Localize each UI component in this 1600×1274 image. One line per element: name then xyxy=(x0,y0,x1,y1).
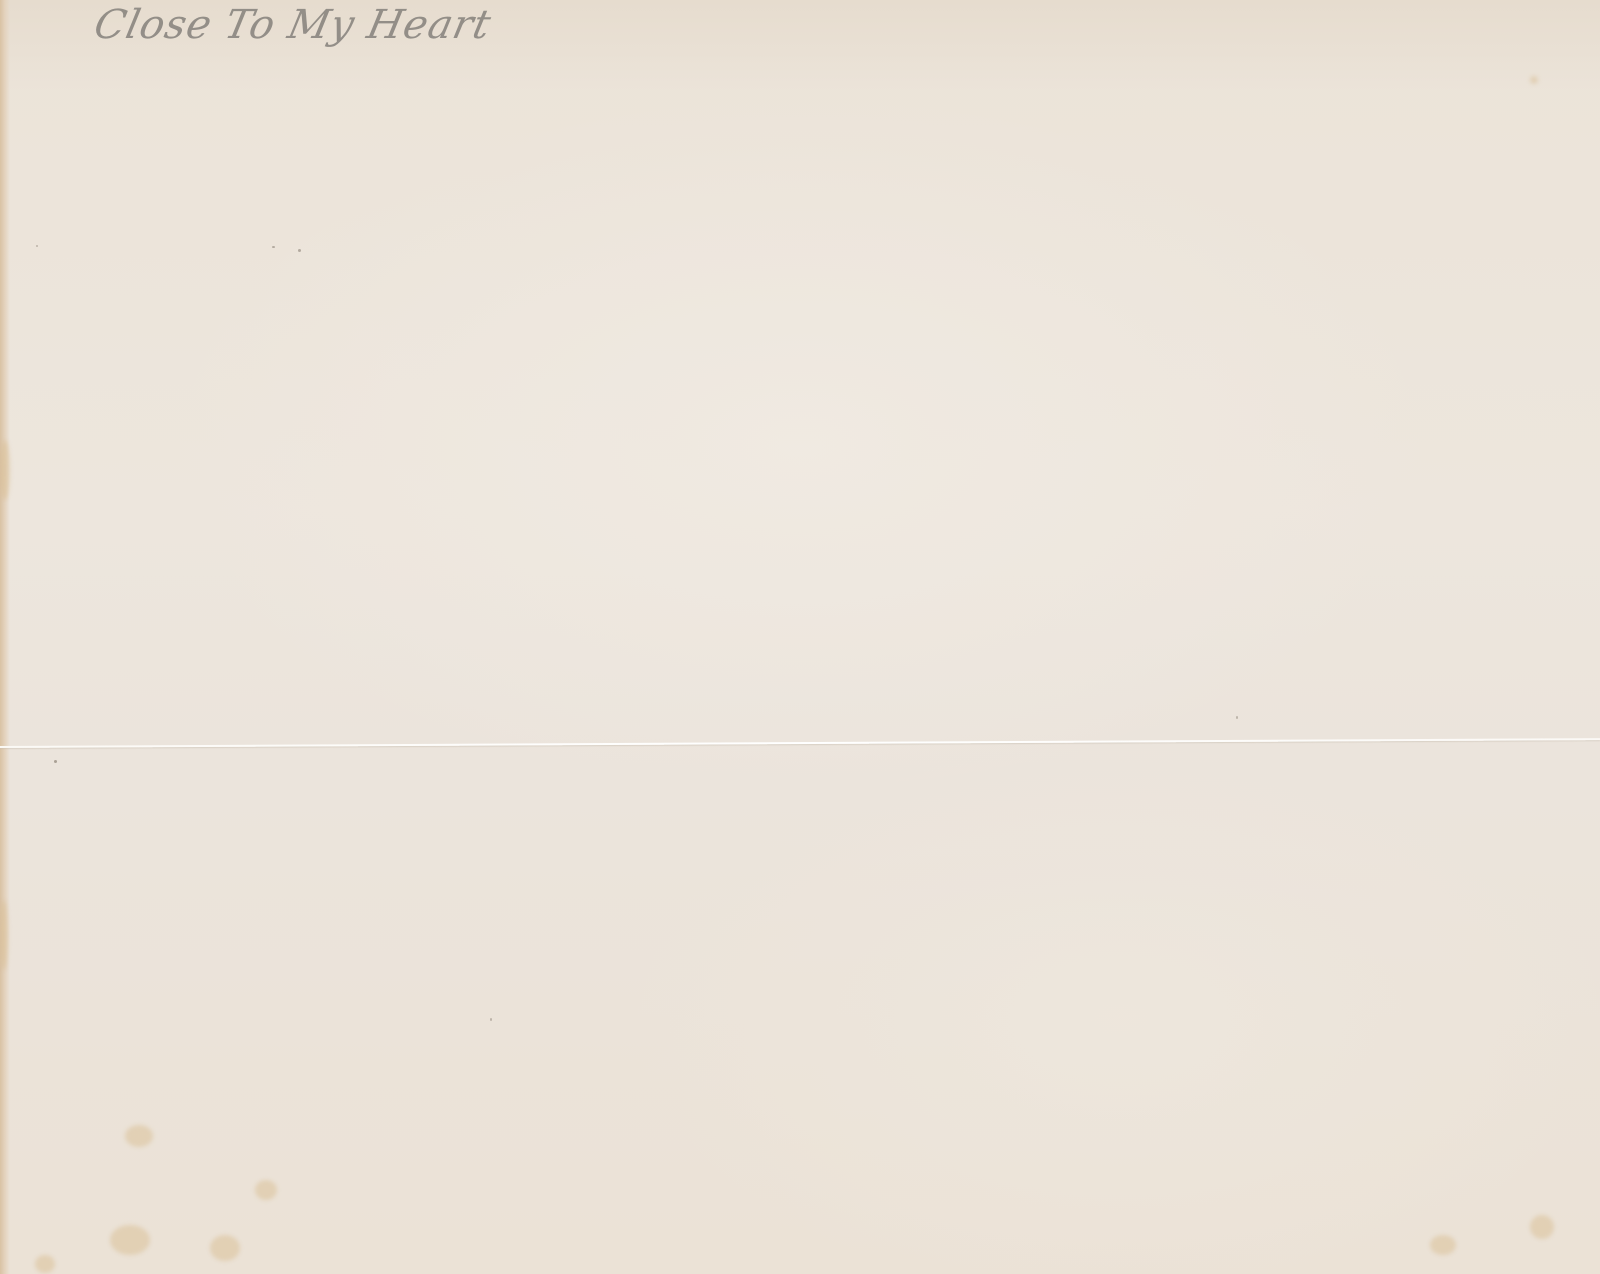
dust-speck xyxy=(36,245,38,247)
paper-sheet: Close To My Heart xyxy=(0,0,1600,1274)
foxing-spot xyxy=(110,1225,150,1255)
foxing-spot xyxy=(35,1255,55,1273)
foxing-spot xyxy=(0,440,10,500)
left-edge-discoloration xyxy=(0,0,10,1274)
dust-speck xyxy=(54,760,57,763)
foxing-spot xyxy=(1430,1235,1456,1255)
dust-speck xyxy=(298,249,301,252)
handwritten-note: Close To My Heart xyxy=(90,2,495,48)
fold-crease xyxy=(0,738,1600,748)
foxing-spot xyxy=(1530,76,1538,84)
dust-speck xyxy=(1236,716,1238,719)
foxing-spot xyxy=(255,1180,277,1200)
foxing-spot xyxy=(0,900,8,970)
foxing-spot xyxy=(1530,1215,1554,1239)
dust-speck xyxy=(490,1018,492,1021)
dust-speck xyxy=(272,246,275,248)
foxing-spot xyxy=(125,1125,153,1147)
foxing-spot xyxy=(210,1235,240,1261)
